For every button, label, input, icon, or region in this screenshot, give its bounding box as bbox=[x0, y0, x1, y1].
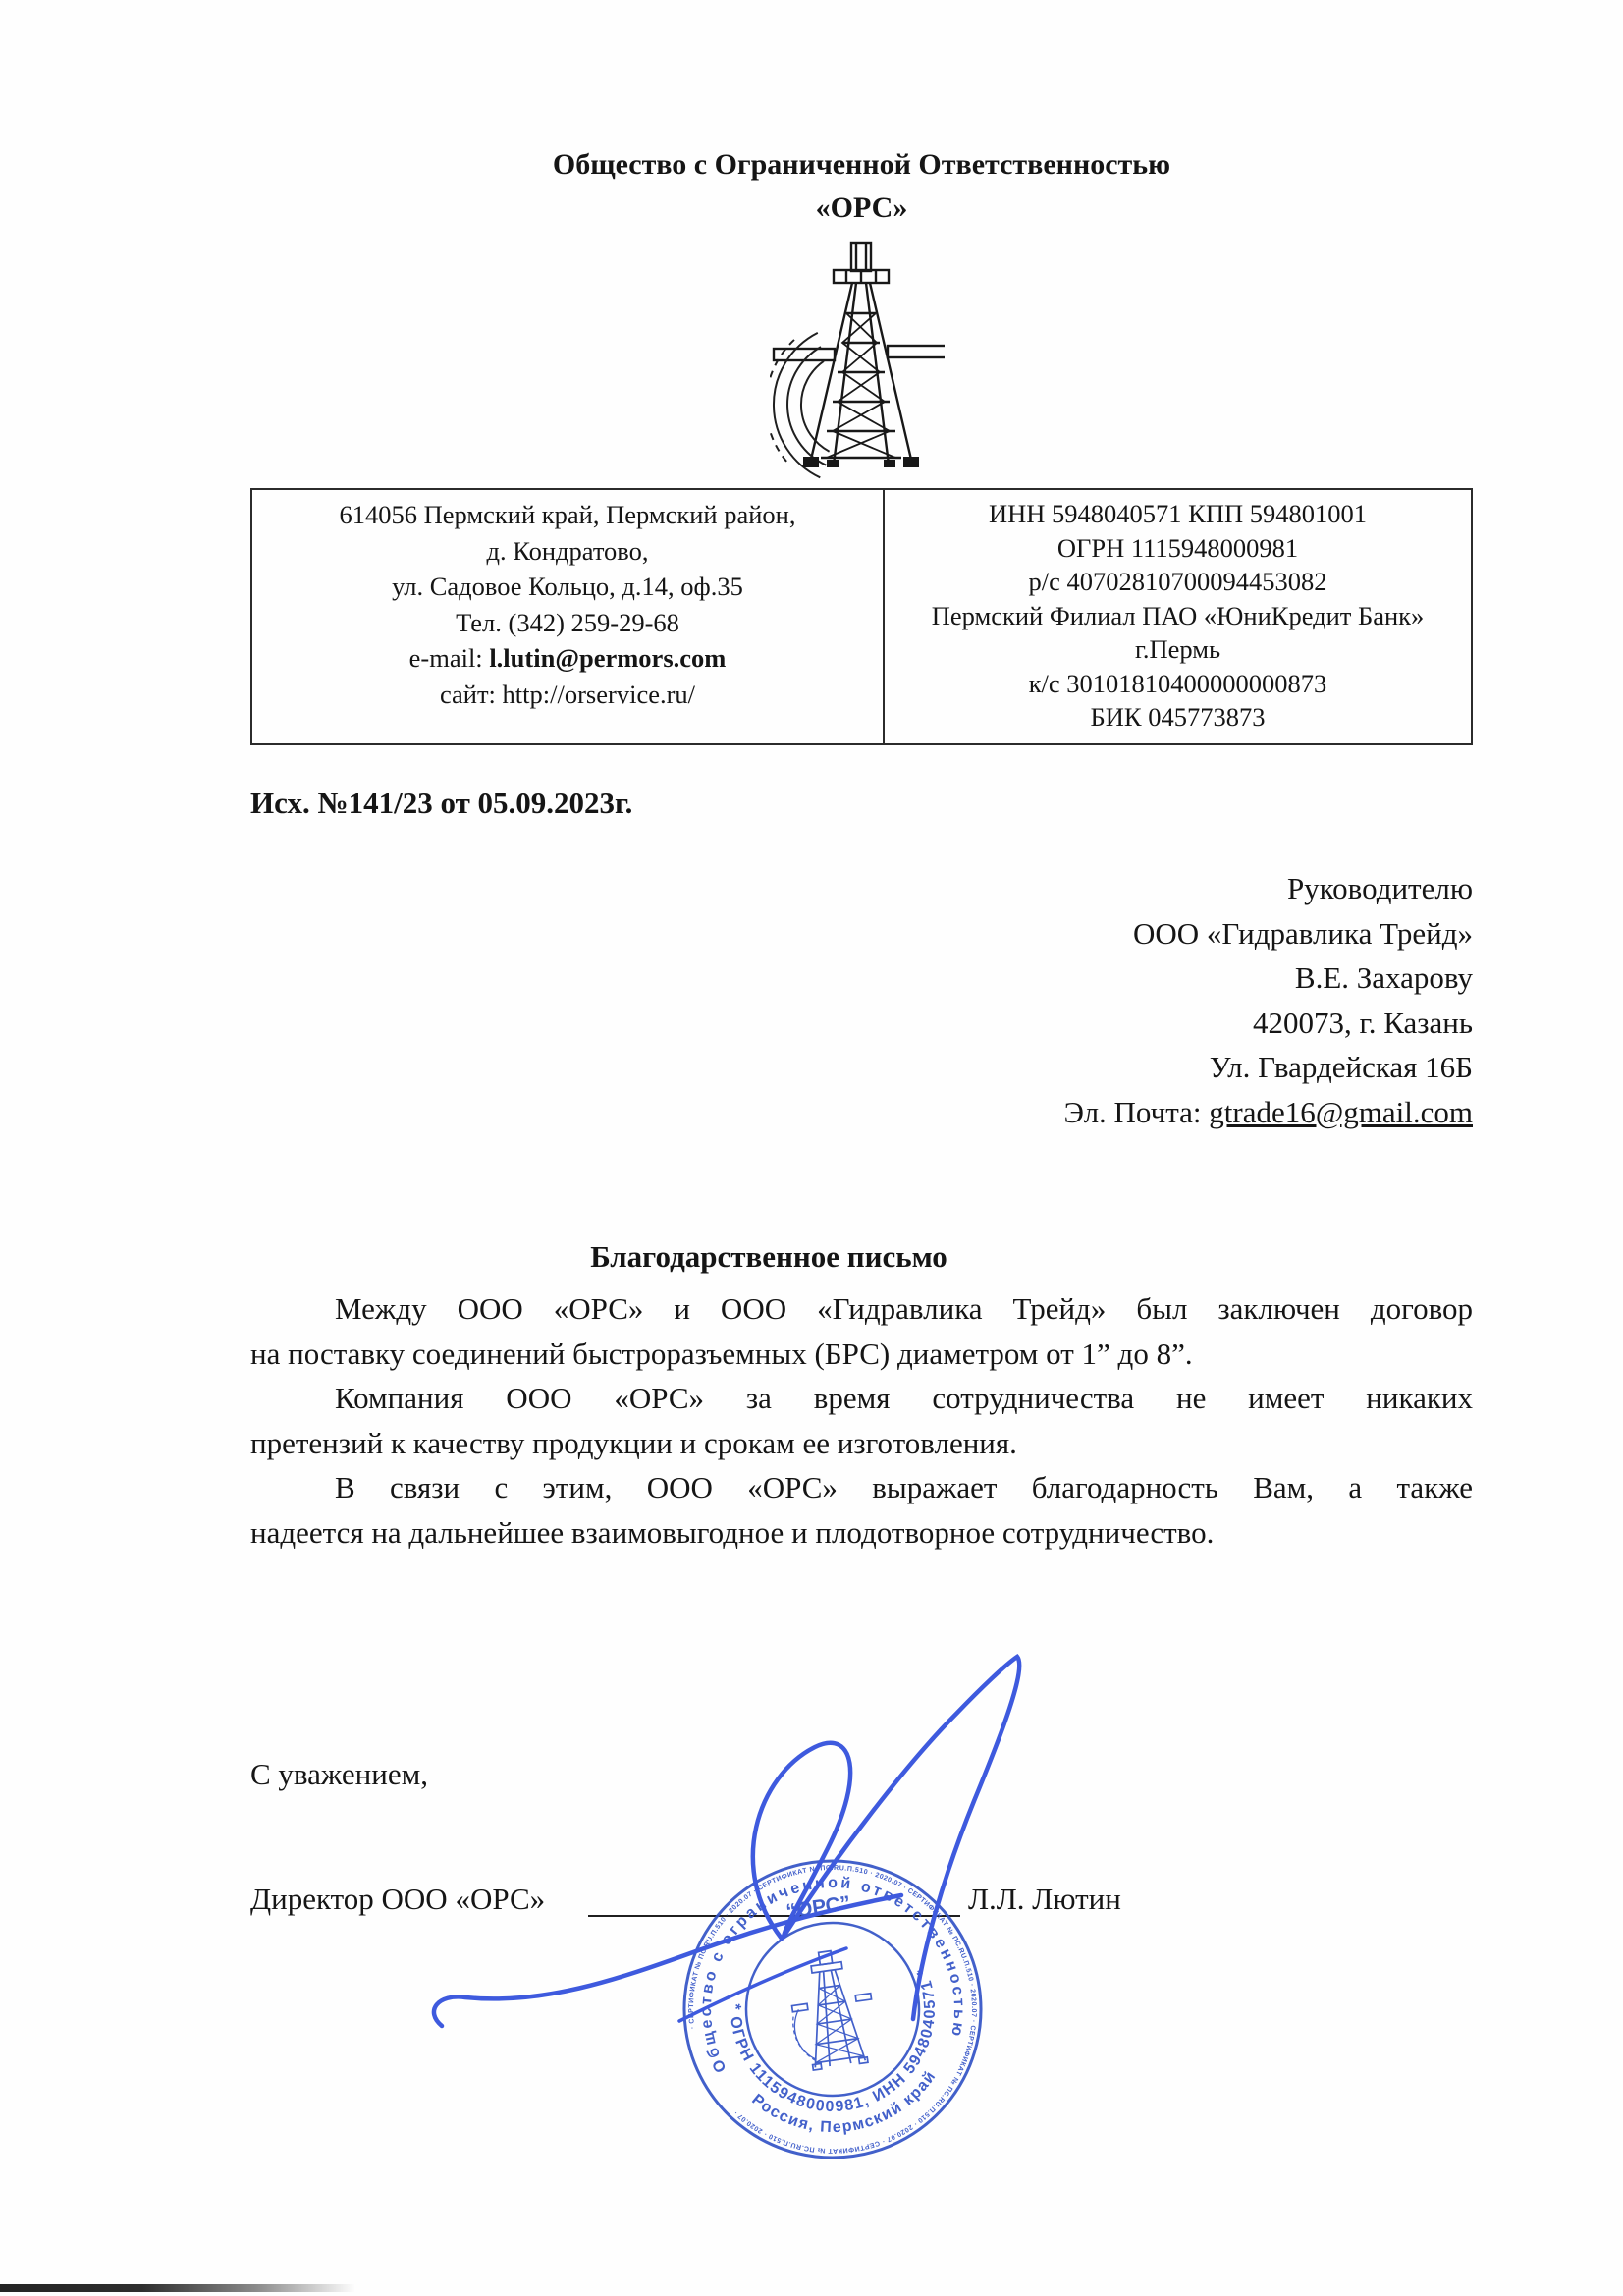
company-name-line2: «ОРС» bbox=[250, 189, 1473, 228]
recipient-line: Ул. Гвардейская 16Б bbox=[687, 1045, 1473, 1090]
inn-kpp-line: ИНН 5948040571 КПП 594801001 bbox=[891, 497, 1465, 531]
body-line: претензий к качеству продукции и срокам … bbox=[250, 1421, 1473, 1466]
corr-account-line: к/с 30101810400000000873 bbox=[891, 667, 1465, 701]
recipient-block: Руководителю ООО «Гидравлика Трейд» В.Е.… bbox=[687, 866, 1473, 1134]
recipient-email-line: Эл. Почта: gtrade16@gmail.com bbox=[687, 1090, 1473, 1135]
bank-line: Пермский Филиал ПАО «ЮниКредит Банк» bbox=[891, 599, 1465, 633]
derrick-arcs bbox=[770, 333, 830, 477]
site-link[interactable]: http://orservice.ru/ bbox=[503, 680, 696, 709]
outgoing-reference: Исх. №141/23 от 05.09.2023г. bbox=[250, 786, 632, 821]
recipient-email-link[interactable]: gtrade16@gmail.com bbox=[1209, 1095, 1473, 1129]
recipient-line: Руководителю bbox=[687, 866, 1473, 911]
city-line: г.Пермь bbox=[891, 632, 1465, 667]
body-line: Между ООО «ОРС» и ООО «Гидравлика Трейд»… bbox=[250, 1286, 1473, 1332]
body-line: В связи с этим, ООО «ОРС» выражает благо… bbox=[250, 1465, 1473, 1510]
recipient-line: 420073, г. Казань bbox=[687, 1001, 1473, 1046]
oil-derrick-logo bbox=[770, 240, 945, 481]
ogrn-line: ОГРН 1115948000981 bbox=[891, 531, 1465, 566]
phone-line: Тел. (342) 259-29-68 bbox=[258, 605, 877, 641]
letter-page: Общество с Ограниченной Ответственностью… bbox=[0, 0, 1623, 2296]
company-name-line1: Общество с Ограниченной Ответственностью bbox=[250, 145, 1473, 185]
body-line: надеется на дальнейшее взаимовыгодное и … bbox=[250, 1510, 1473, 1556]
letter-title: Благодарственное письмо bbox=[590, 1239, 947, 1275]
email-line: e-mail: l.lutin@permors.com bbox=[258, 640, 877, 677]
address-line: д. Кондратово, bbox=[258, 533, 877, 570]
requisites-bank-cell: ИНН 5948040571 КПП 594801001 ОГРН 111594… bbox=[883, 490, 1471, 743]
bik-line: БИК 045773873 bbox=[891, 700, 1465, 735]
recipient-line: В.Е. Захарову bbox=[687, 956, 1473, 1001]
email-link[interactable]: l.lutin@permors.com bbox=[489, 643, 726, 673]
address-line: ул. Садовое Кольцо, д.14, оф.35 bbox=[258, 569, 877, 605]
site-label: сайт: bbox=[440, 680, 503, 709]
address-line: 614056 Пермский край, Пермский район, bbox=[258, 497, 877, 533]
signature-ink bbox=[393, 1620, 1100, 2092]
site-line: сайт: http://orservice.ru/ bbox=[258, 677, 877, 713]
scan-artifact bbox=[0, 2284, 355, 2292]
letter-body: Между ООО «ОРС» и ООО «Гидравлика Трейд»… bbox=[250, 1286, 1473, 1555]
body-line: Компания ООО «ОРС» за время сотрудничест… bbox=[250, 1376, 1473, 1421]
derrick-structure bbox=[774, 243, 945, 465]
email-label: e-mail: bbox=[409, 643, 490, 673]
body-line: на поставку соединений быстроразъемных (… bbox=[250, 1332, 1473, 1377]
recipient-email-label: Эл. Почта: bbox=[1064, 1095, 1210, 1129]
account-line: р/с 40702810700094453082 bbox=[891, 565, 1465, 599]
signature-strokes bbox=[434, 1657, 1019, 2026]
requisites-box: 614056 Пермский край, Пермский район, д.… bbox=[250, 488, 1473, 745]
recipient-line: ООО «Гидравлика Трейд» bbox=[687, 911, 1473, 957]
requisites-address-cell: 614056 Пермский край, Пермский район, д.… bbox=[252, 490, 883, 743]
